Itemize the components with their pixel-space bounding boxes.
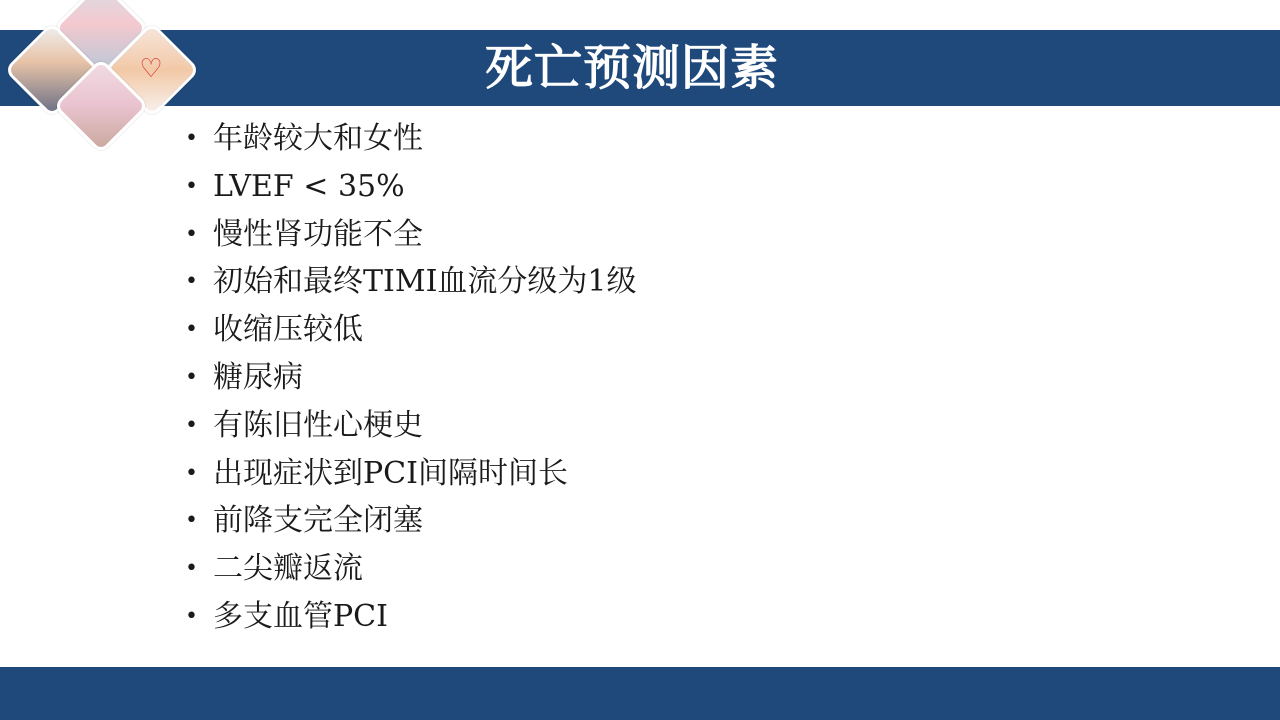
list-item: •多支血管PCI — [185, 593, 637, 641]
list-item: •糖尿病 — [185, 354, 637, 402]
list-item-text: 多支血管PCI — [213, 593, 388, 641]
bullet-icon: • — [185, 115, 213, 163]
list-item-text: 初始和最终TIMI血流分级为1级 — [213, 258, 637, 306]
list-item: •慢性肾功能不全 — [185, 211, 637, 259]
list-item-text: 糖尿病 — [213, 354, 303, 402]
bullet-icon: • — [185, 402, 213, 450]
list-item-text: 前降支完全闭塞 — [213, 497, 423, 545]
mortality-predictors-list: •年龄较大和女性 •LVEF < 35% •慢性肾功能不全 •初始和最终TIMI… — [185, 115, 637, 641]
list-item-text: 年龄较大和女性 — [213, 115, 423, 163]
list-item-text: 收缩压较低 — [213, 306, 363, 354]
list-item-text: LVEF < 35% — [213, 163, 405, 211]
list-item: •二尖瓣返流 — [185, 545, 637, 593]
bullet-icon: • — [185, 306, 213, 354]
bullet-icon: • — [185, 211, 213, 259]
list-item-text: 有陈旧性心梗史 — [213, 402, 423, 450]
list-item: •出现症状到PCI间隔时间长 — [185, 450, 637, 498]
bullet-icon: • — [185, 593, 213, 641]
list-item: •收缩压较低 — [185, 306, 637, 354]
list-item-text: 出现症状到PCI间隔时间长 — [213, 450, 568, 498]
bullet-icon: • — [185, 497, 213, 545]
list-item-text: 慢性肾功能不全 — [213, 211, 423, 259]
list-item-text: 二尖瓣返流 — [213, 545, 363, 593]
bullet-icon: • — [185, 450, 213, 498]
bullet-icon: • — [185, 163, 213, 211]
list-item: •LVEF < 35% — [185, 163, 637, 211]
slide-title: 死亡预测因素 — [0, 30, 1264, 106]
bullet-icon: • — [185, 354, 213, 402]
list-item: •有陈旧性心梗史 — [185, 402, 637, 450]
list-item: •年龄较大和女性 — [185, 115, 637, 163]
bullet-icon: • — [185, 258, 213, 306]
list-item: •初始和最终TIMI血流分级为1级 — [185, 258, 637, 306]
footer-band — [0, 667, 1280, 720]
list-item: •前降支完全闭塞 — [185, 497, 637, 545]
bullet-icon: • — [185, 545, 213, 593]
